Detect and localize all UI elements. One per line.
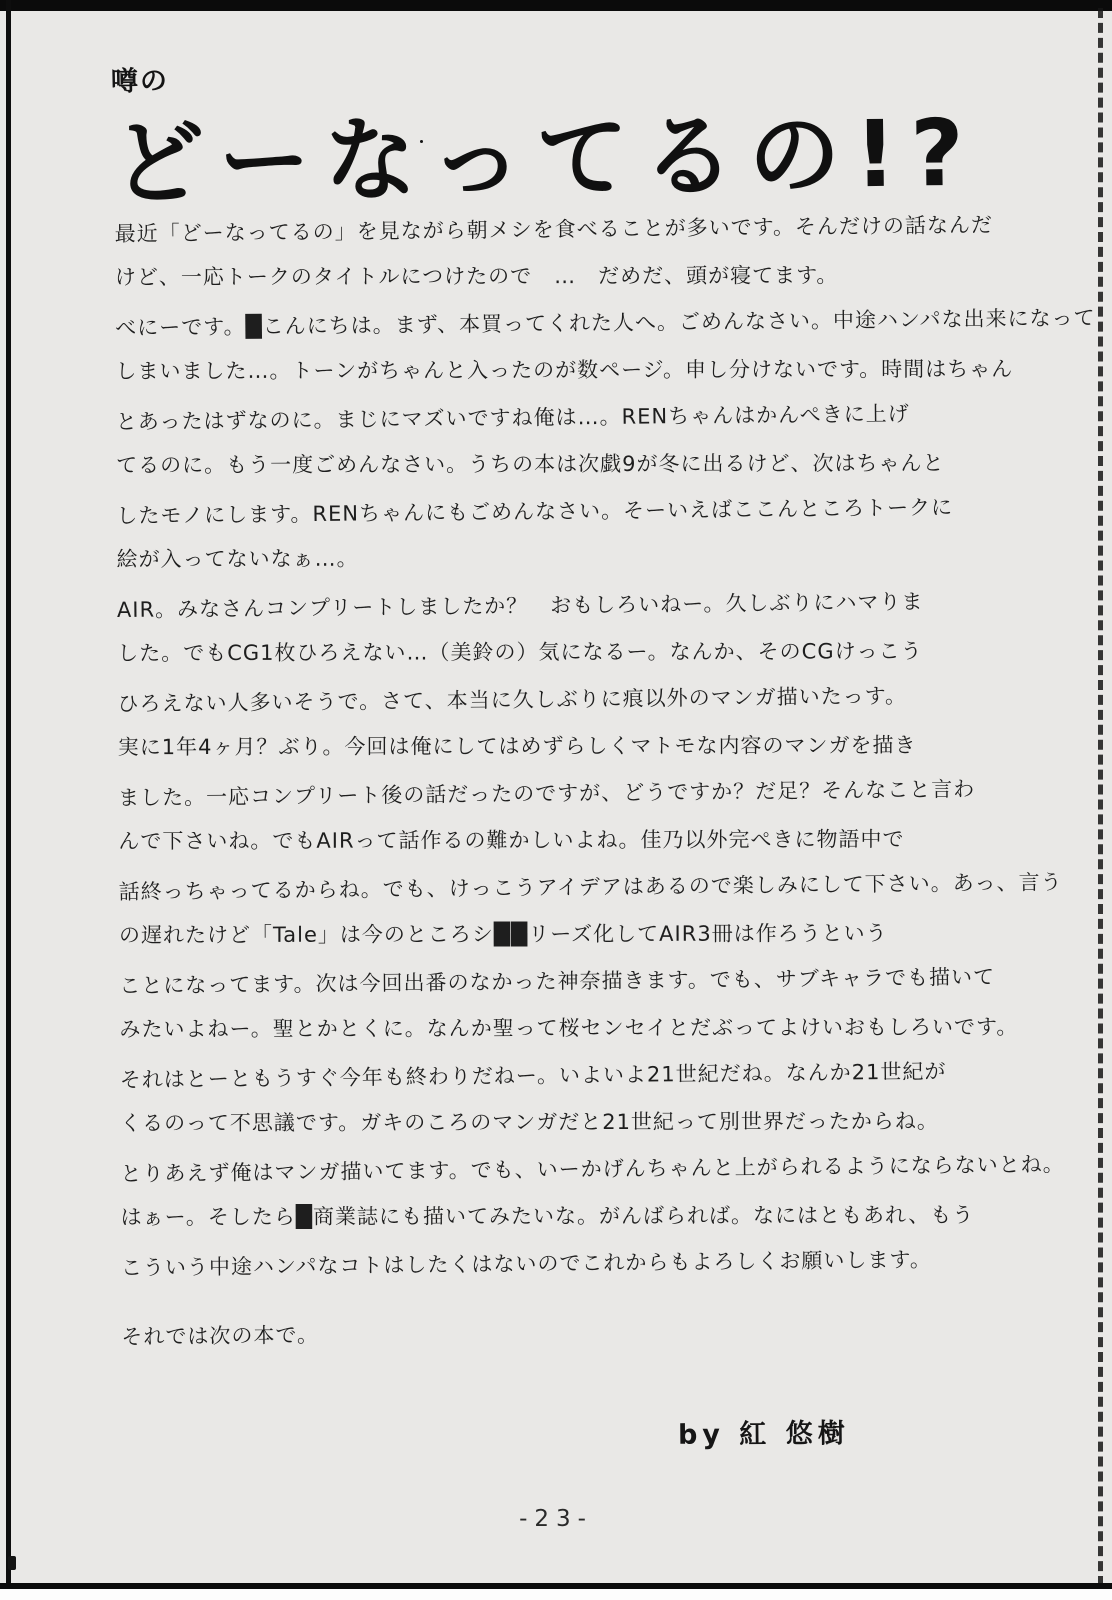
text-line: の遅れたけど「Tale」は今のところシ██リーズ化してAIR3冊は作ろうという [119, 910, 1079, 960]
text-line: ました。一応コンプリート後の話だったのですが、どうですか？だ足？そんなこと言わ [118, 765, 1078, 822]
text-line: しまいました…。トーンがちゃんと入ったのが数ページ。申し分けないです。時間はちゃ… [115, 346, 1075, 396]
text-line: とあったはずなのに。まじにマズいですね俺は…。RENちゃんはかんぺきに上げ [116, 389, 1076, 446]
page-number: -23- [0, 1506, 1112, 1532]
text-line: したモノにします。RENちゃんにもごめんなさい。そーいえばここんところトークに [116, 483, 1076, 540]
page-title: どーなってるの!? [112, 80, 979, 223]
afterword-text: 最近「どーなってるの」を見ながら朝メシを食べることが多いです。そんだけの話なんだ… [114, 203, 1081, 1359]
scan-border-top [0, 0, 1112, 11]
text-line: それはとーともうすぐ今年も終わりだねー。いよいよ21世紀だね。なんか21世紀が [120, 1047, 1080, 1104]
text-line: AIR。みなさんコンプリートしましたか？ おもしろいねー。久しぶりにハマりま [117, 577, 1077, 634]
text-line: けど、一応トークのタイトルにつけたので … だめだ、頭が寝てます。 [115, 252, 1075, 302]
scan-border-left [6, 0, 11, 1590]
paragraph-apology: べにーです。█こんにちは。まず、本買ってくれた人へ。ごめんなさい。中途ハンパな出… [115, 297, 1077, 585]
text-line: べにーです。█こんにちは。まず、本買ってくれた人へ。ごめんなさい。中途ハンパな出… [115, 295, 1075, 352]
text-line: くるのって不思議です。ガキのころのマンガだと21世紀って別世界だったからね。 [120, 1098, 1080, 1148]
text-line: とりあえず俺はマンガ描いてます。でも、いーかげんちゃんと上がられるようにならない… [120, 1141, 1080, 1198]
text-line: ことになってます。次は今回出番のなかった神奈描きます。でも、サブキャラでも描いて [119, 953, 1079, 1010]
text-line: んで下さいね。でもAIRって話作るの難かしいよね。佳乃以外完ぺきに物語中で [118, 816, 1078, 866]
scan-bottom-margin [0, 1589, 1112, 1600]
text-line: てるのに。もう一度ごめんなさい。うちの本は次戯9が冬に出るけど、次はちゃんと [116, 440, 1076, 490]
text-line: それでは次の本で。 [121, 1304, 1081, 1361]
scanned-page: 噂の どーなってるの!? 最近「どーなってるの」を見ながら朝メシを食べることが多… [0, 0, 1112, 1600]
text-line: 絵が入ってないなぁ…。 [117, 534, 1077, 584]
scan-edge-right [1098, 8, 1103, 1586]
text-line: ひろえない人多いそうで。さて、本当に久しぶりに痕以外のマンガ描いたっす。 [117, 671, 1077, 728]
author-signature: by 紅 悠樹 [678, 1411, 850, 1451]
text-line: はぁー。そしたら█商業誌にも描いてみたいな。がんばられば。なにはともあれ、もう [121, 1192, 1081, 1242]
paragraph-closing: それでは次の本で。 [121, 1306, 1081, 1359]
text-line: 話終っちゃってるからね。でも、けっこうアイデアはあるので楽しみにして下さい。あっ… [118, 859, 1078, 916]
title-block: 噂の どーなってるの!? [111, 44, 979, 224]
paragraph-intro: 最近「どーなってるの」を見ながら朝メシを食べることが多いです。そんだけの話なんだ… [114, 203, 1075, 303]
scan-speck [8, 1556, 16, 1570]
text-line: こういう中途ハンパなコトはしたくはないのでこれからもよろしくお願いします。 [121, 1235, 1081, 1292]
text-line: 最近「どーなってるの」を見ながら朝メシを食べることが多いです。そんだけの話なんだ [114, 201, 1074, 258]
paragraph-air-talk: AIR。みなさんコンプリートしましたか？ おもしろいねー。久しぶりにハマりま し… [117, 579, 1081, 1290]
text-line: した。でもCG1枚ひろえない…（美鈴の）気になるー。なんか、そのCGけっこう [117, 628, 1077, 678]
text-line: みたいよねー。聖とかとくに。なんか聖って桜センセイとだぶってよけいおもしろいです… [119, 1004, 1079, 1054]
text-line: 実に1年4ヶ月？ぶり。今回は俺にしてはめずらしくマトモな内容のマンガを描き [118, 722, 1078, 772]
